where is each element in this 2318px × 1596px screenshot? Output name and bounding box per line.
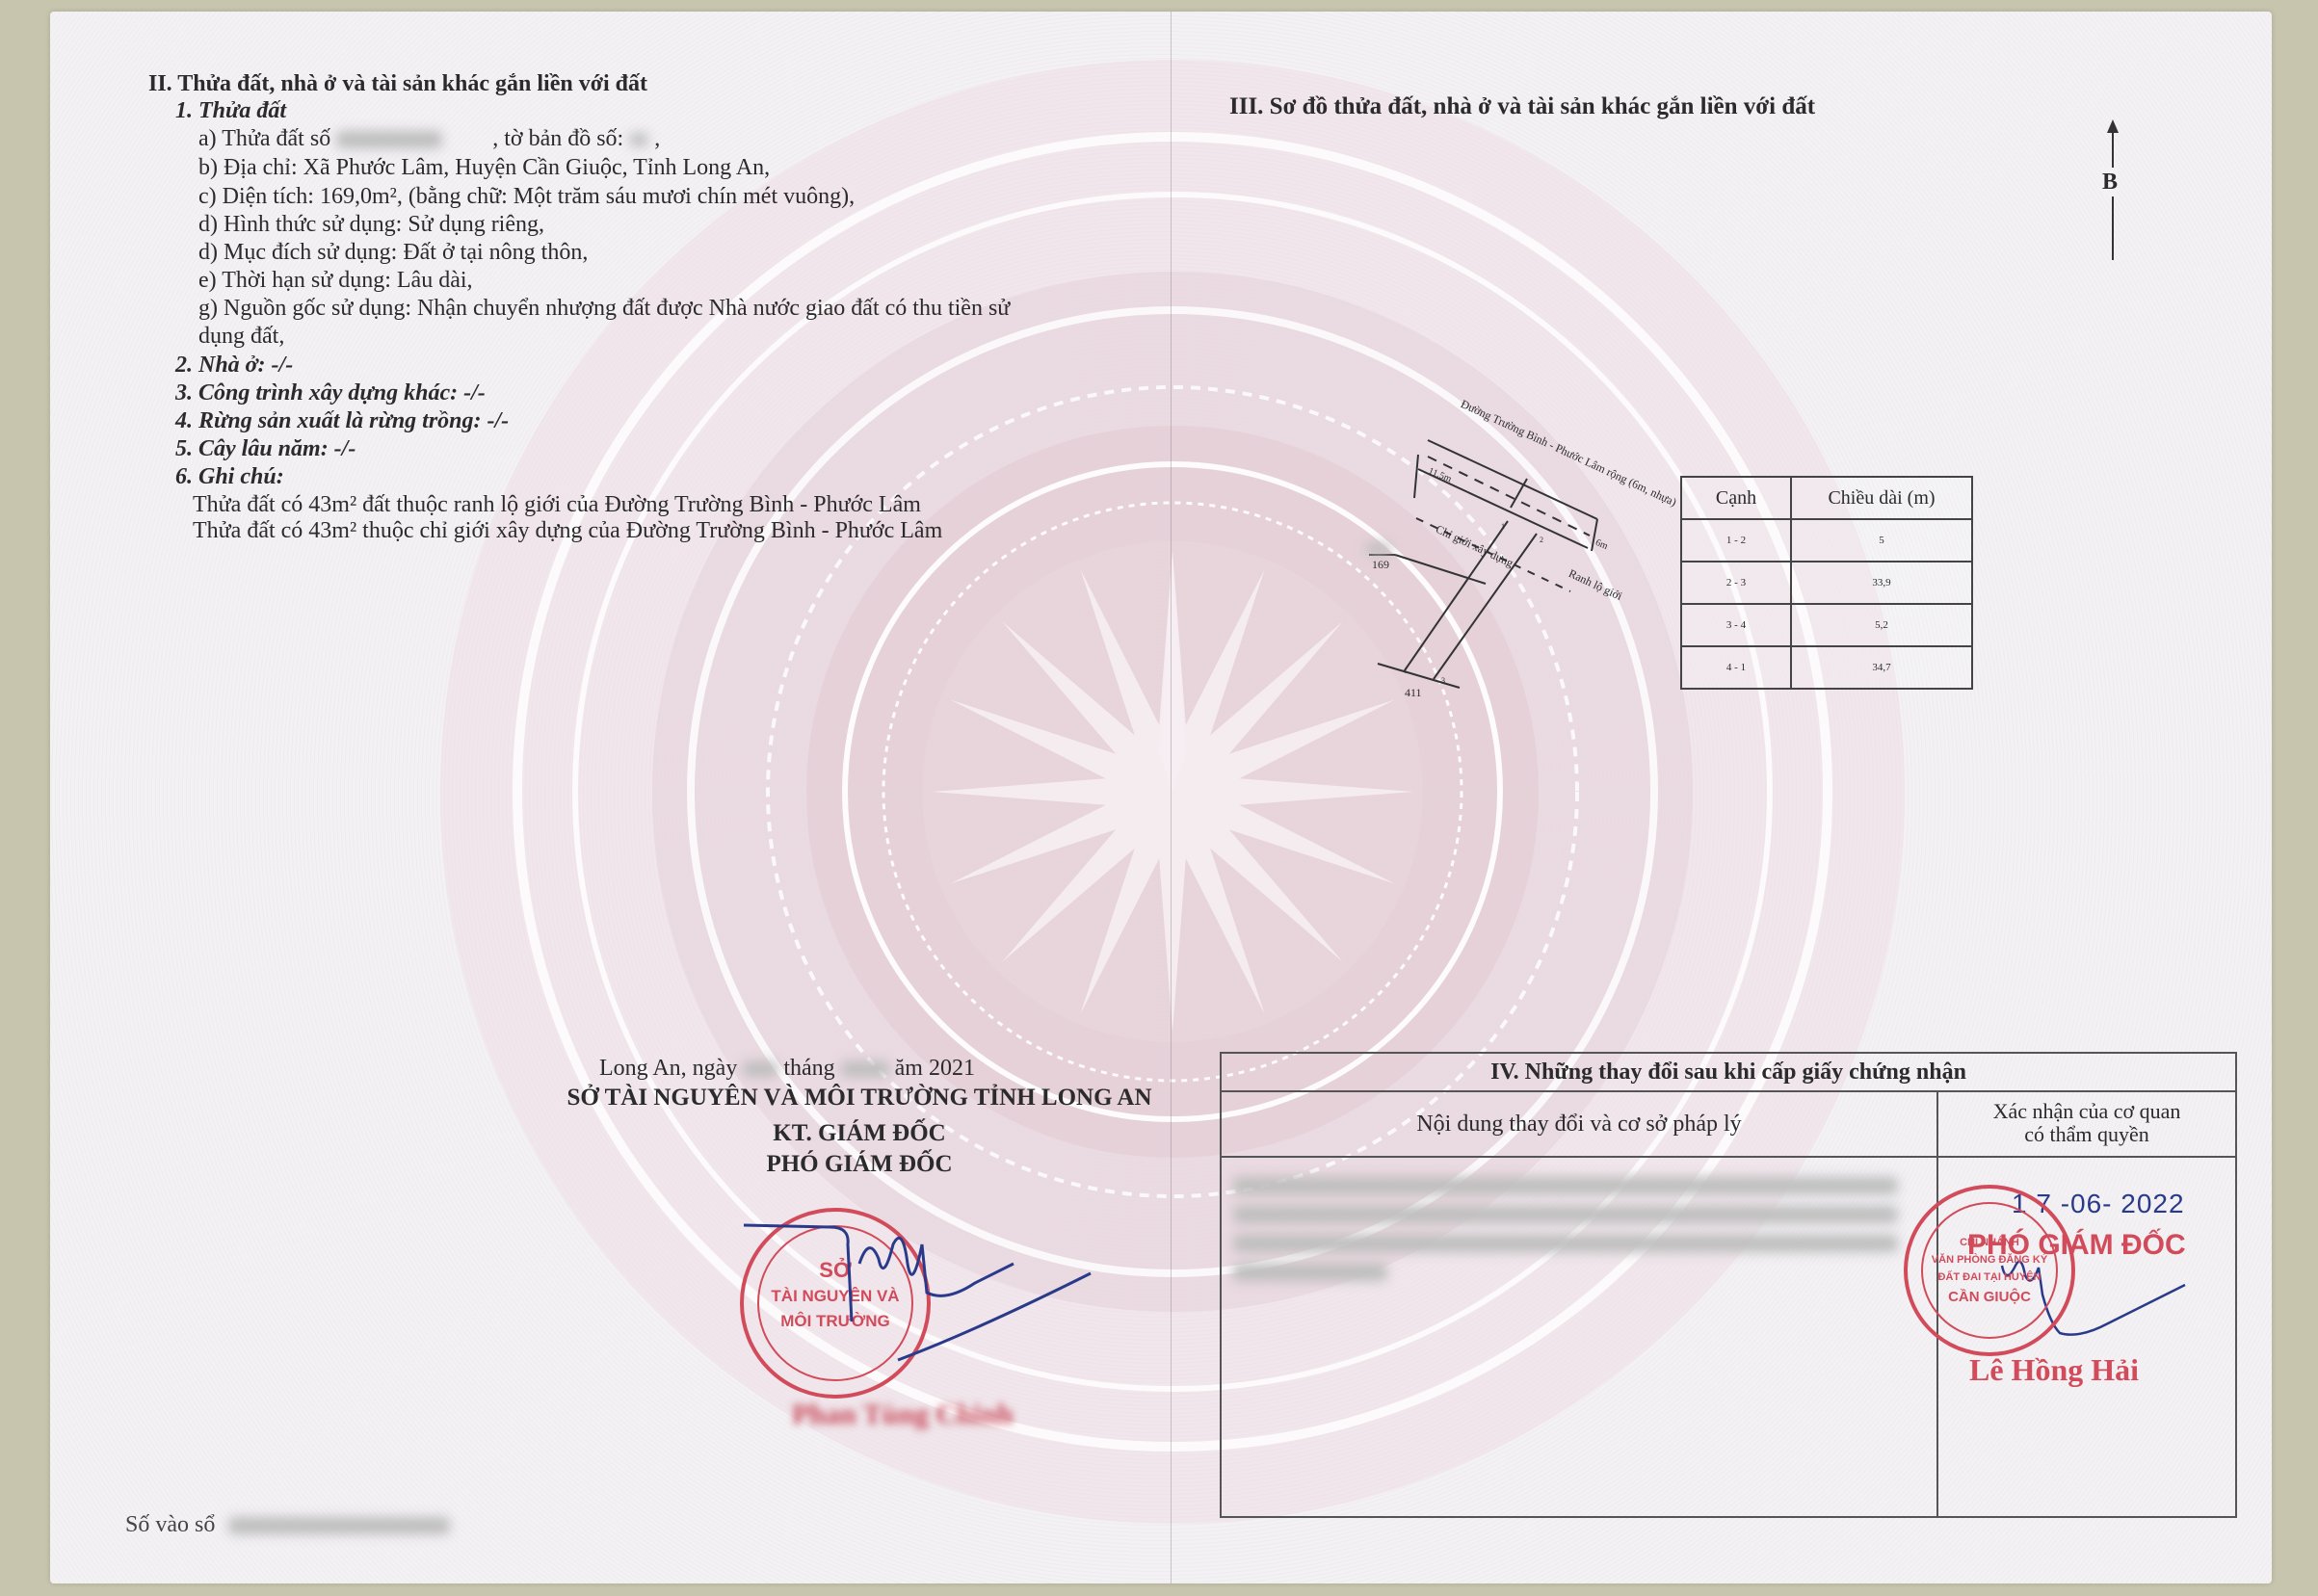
branch-office-seal: CHI NHÁNH VĂN PHÒNG ĐĂNG KÝ ĐẤT ĐAI TẠI … bbox=[1904, 1185, 2075, 1356]
month-redacted bbox=[841, 1061, 889, 1077]
parcel-number-label: a) Thửa đất số bbox=[198, 126, 330, 151]
address-line: b) Địa chỉ: Xã Phước Lâm, Huyện Cần Giuộ… bbox=[198, 153, 770, 182]
changes-table: IV. Những thay đổi sau khi cấp giấy chứn… bbox=[1220, 1052, 2237, 1518]
house-item: 2. Nhà ở: -/- bbox=[175, 351, 293, 379]
vertex-2: 2 bbox=[1540, 536, 1543, 544]
perennial-trees-item: 5. Cây lâu năm: -/- bbox=[175, 434, 356, 463]
map-sheet-redacted bbox=[629, 133, 648, 146]
note-line-2: Thửa đất có 43m² thuộc chỉ giới xây dựng… bbox=[193, 516, 942, 545]
neighbor-411: 411 bbox=[1405, 686, 1422, 700]
issue-place-date: Long An, ngày tháng ăm 2021 bbox=[599, 1054, 975, 1083]
column-confirmation: Xác nhận của cơ quan có thẩm quyền bbox=[1938, 1092, 2235, 1156]
vertex-1: 1 bbox=[1501, 522, 1505, 531]
parcel-number-line: a) Thửa đất số , tờ bản đồ số: , bbox=[198, 124, 660, 153]
usage-form-line: d) Hình thức sử dụng: Sử dụng riêng, bbox=[198, 210, 544, 239]
usage-origin-line: g) Nguồn gốc sử dụng: Nhận chuyển nhượng… bbox=[198, 294, 1010, 323]
signer-name-redacted: Phan Tùng Chinh bbox=[792, 1399, 1014, 1431]
header-edge: Cạnh bbox=[1681, 477, 1791, 519]
neighbor-169: 169 bbox=[1372, 558, 1389, 572]
center-fold bbox=[1171, 12, 1172, 1583]
section-2-title: II. Thửa đất, nhà ở và tài sản khác gắn … bbox=[148, 69, 647, 98]
north-arrow-head-icon bbox=[2107, 119, 2119, 133]
table-row: 4 - 1 34,7 bbox=[1681, 646, 1972, 689]
usage-origin-line-2: dụng đất, bbox=[198, 322, 284, 351]
table-row: 3 - 4 5,2 bbox=[1681, 604, 1972, 646]
registry-number: Số vào sổ bbox=[125, 1510, 450, 1539]
planted-forest-item: 4. Rừng sản xuất là rừng trồng: -/- bbox=[175, 406, 509, 435]
area-line: c) Diện tích: 169,0m², (bằng chữ: Một tr… bbox=[198, 182, 855, 211]
notes-heading: 6. Ghi chú: bbox=[175, 462, 284, 491]
other-construction-item: 3. Công trình xây dựng khác: -/- bbox=[175, 379, 486, 407]
issuing-agency: SỞ TÀI NGUYÊN VÀ MÔI TRƯỜNG TỈNH LONG AN bbox=[484, 1084, 1235, 1112]
section-3-title: III. Sơ đồ thửa đất, nhà ở và tài sản kh… bbox=[1229, 92, 1815, 121]
vertex-3: 3 bbox=[1441, 676, 1445, 685]
change-content-redacted bbox=[1233, 1169, 1908, 1293]
north-label: B bbox=[2102, 168, 2118, 196]
usage-purpose-line: d) Mục đích sử dụng: Đất ở tại nông thôn… bbox=[198, 238, 588, 267]
column-change-content: Nội dung thay đổi và cơ sở pháp lý bbox=[1222, 1092, 1938, 1156]
note-line-1: Thửa đất có 43m² đất thuộc ranh lộ giới … bbox=[193, 490, 921, 519]
registry-number-redacted bbox=[228, 1517, 450, 1534]
confirmation-signer: Lê Hồng Hải bbox=[1969, 1352, 2139, 1388]
deputy-director-title: PHÓ GIÁM ĐỐC bbox=[484, 1150, 1235, 1179]
map-sheet-label: , tờ bản đồ số: bbox=[492, 126, 623, 151]
usage-term-line: e) Thời hạn sử dụng: Lâu dài, bbox=[198, 266, 473, 295]
section-4-title: IV. Những thay đổi sau khi cấp giấy chứn… bbox=[1222, 1054, 2235, 1092]
section-2-subtitle: 1. Thửa đất bbox=[175, 96, 286, 125]
redacted-mark bbox=[1366, 543, 1391, 555]
vertex-4: 4 bbox=[1403, 667, 1407, 675]
on-behalf-director: KT. GIÁM ĐỐC bbox=[484, 1119, 1235, 1148]
table-row: 2 - 3 33,9 bbox=[1681, 562, 1972, 604]
day-redacted bbox=[743, 1061, 777, 1077]
parcel-number-redacted bbox=[336, 131, 442, 148]
land-certificate-paper: II. Thửa đất, nhà ở và tài sản khác gắn … bbox=[50, 12, 2272, 1583]
signature-scribble-icon bbox=[724, 1206, 1168, 1399]
table-row: 1 - 2 5 bbox=[1681, 519, 1972, 562]
header-length: Chiều dài (m) bbox=[1791, 477, 1972, 519]
edge-length-table: Cạnh Chiều dài (m) 1 - 2 5 2 - 3 33,9 3 … bbox=[1680, 476, 1973, 690]
